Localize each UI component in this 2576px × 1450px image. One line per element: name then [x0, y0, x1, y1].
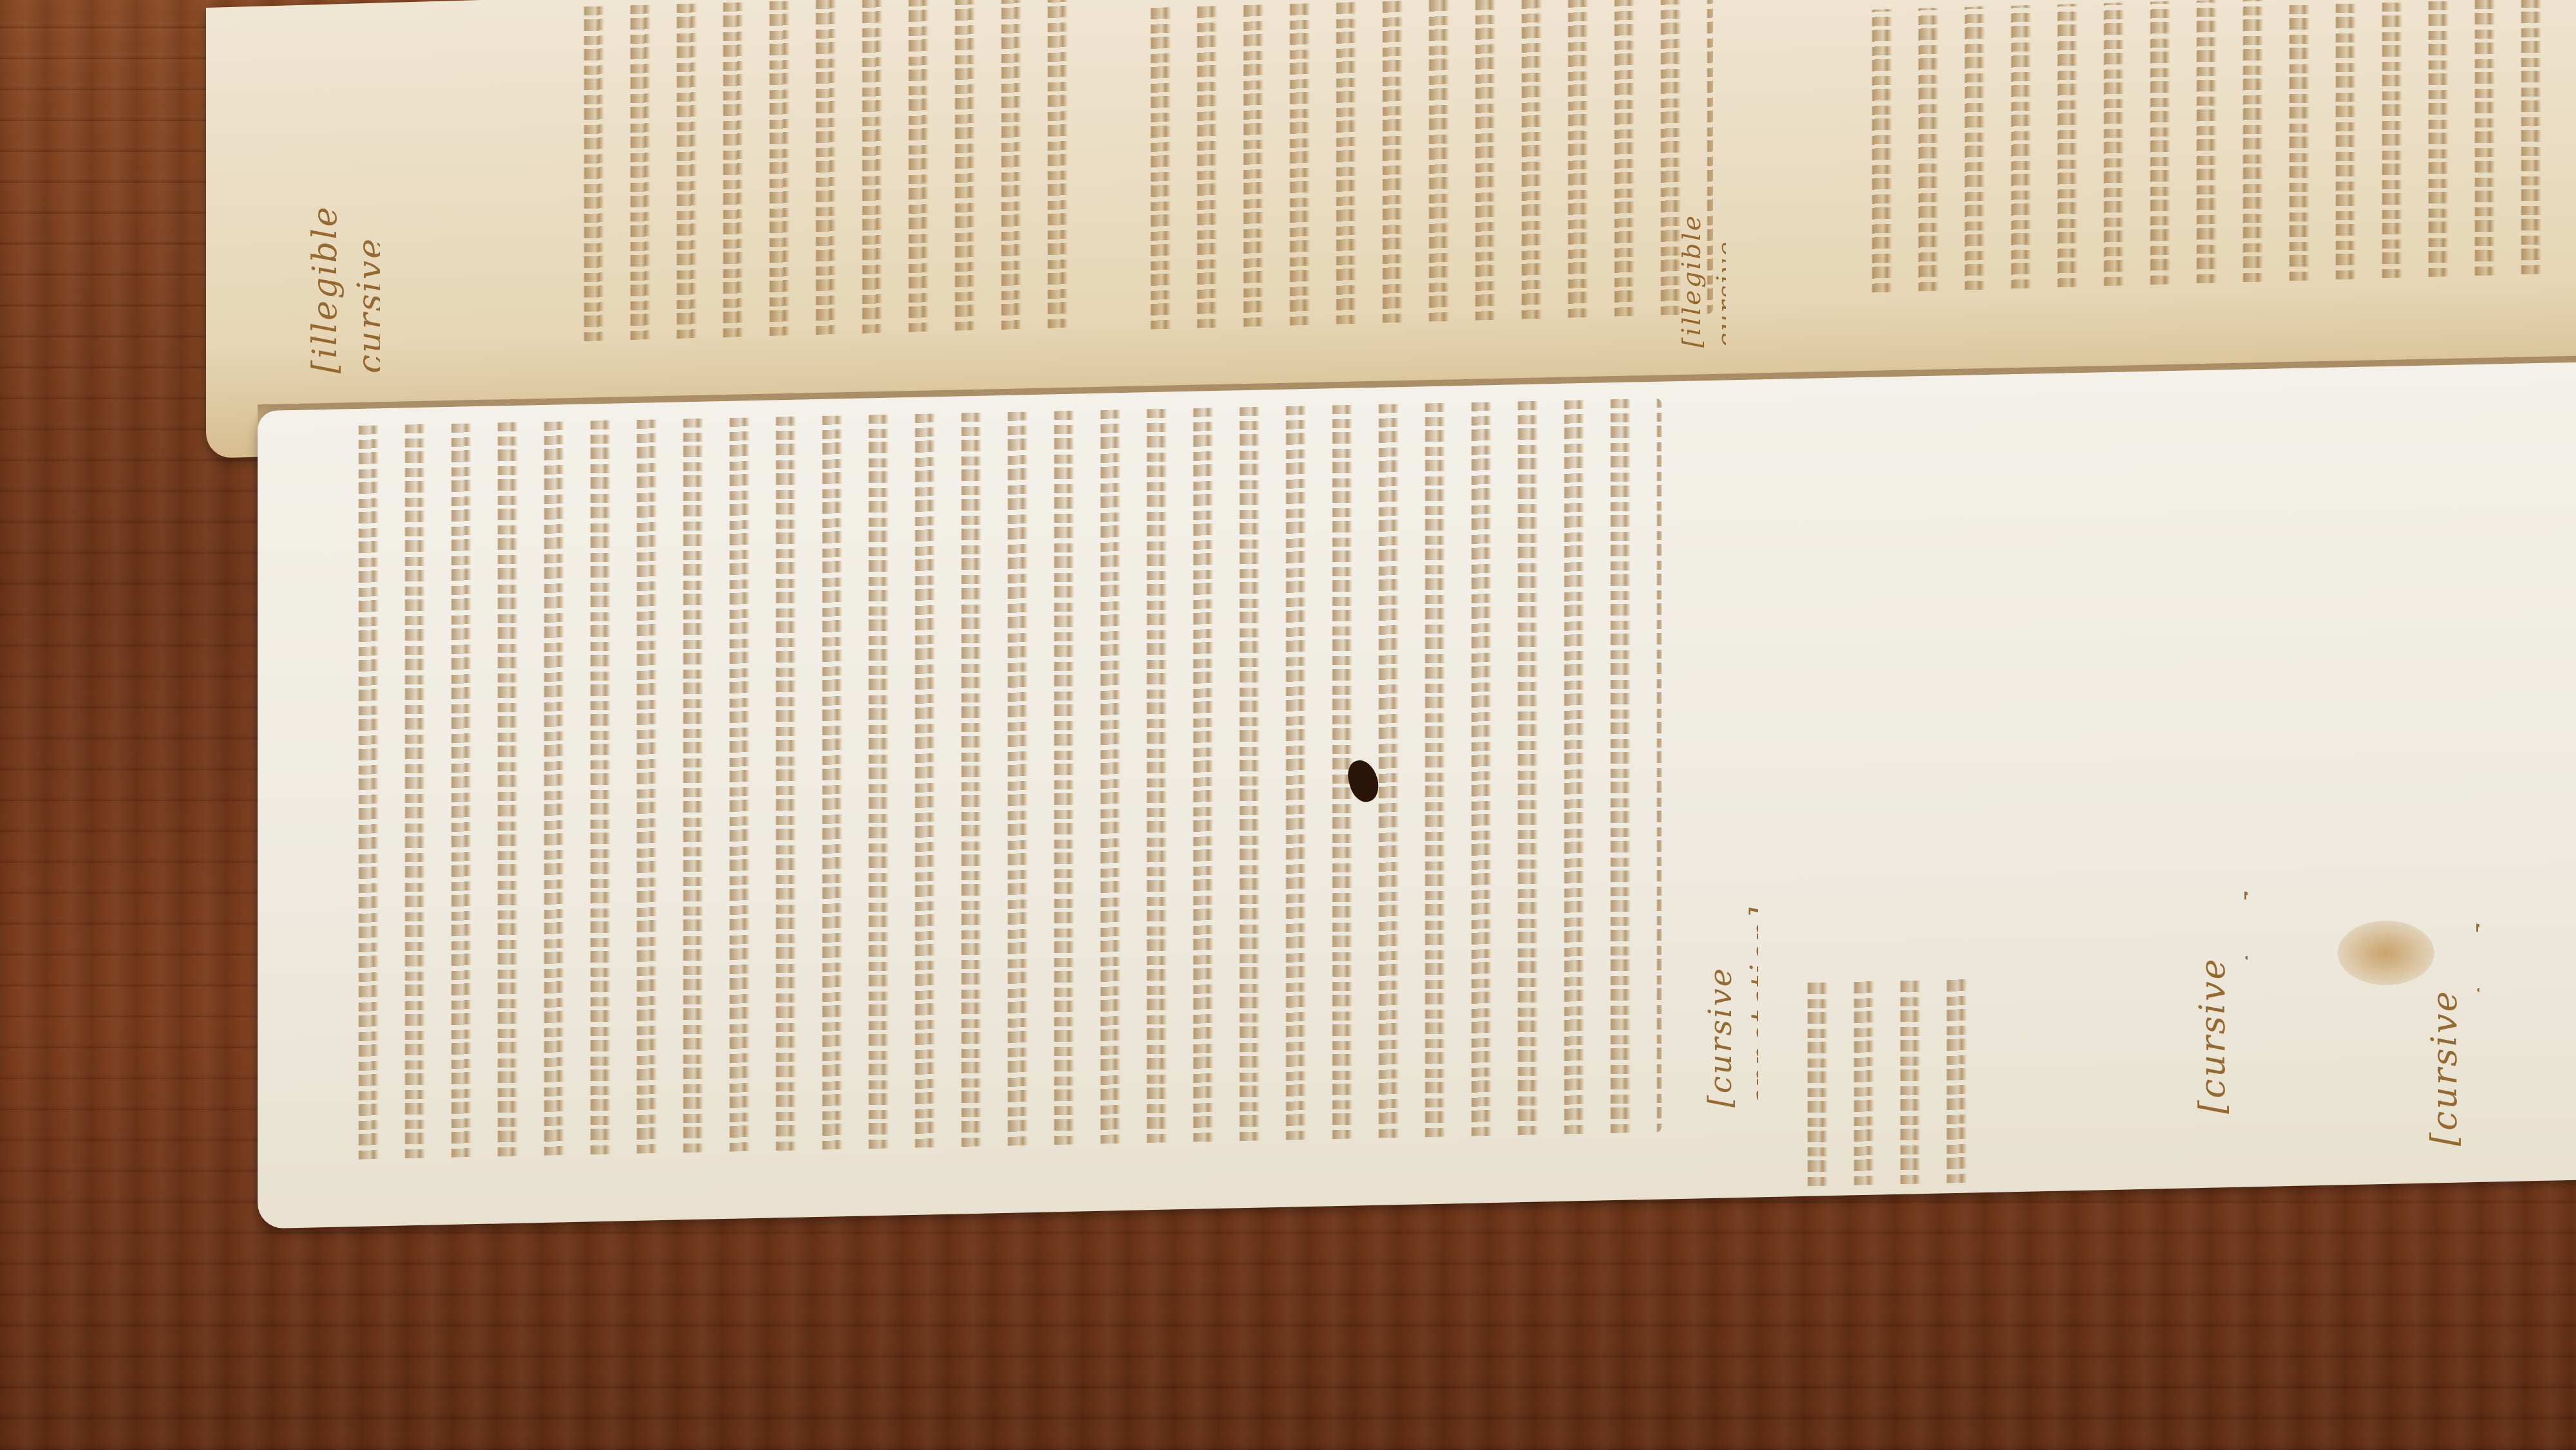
top-text-column — [1133, 0, 1713, 330]
paper-stain — [2338, 921, 2434, 985]
main-text-block — [341, 399, 1662, 1160]
right-annotation-1: [cursive annotation] — [2190, 740, 2248, 1114]
signature-line: [cursive annotation] — [1700, 863, 1758, 1107]
top-margin-note: [illegible cursive note] — [303, 167, 380, 373]
signature-block — [1790, 977, 1971, 1187]
top-text-caption: [illegible cursive text column] — [1674, 193, 1726, 348]
top-text-column — [567, 0, 1069, 342]
top-text-column — [1855, 0, 2563, 293]
